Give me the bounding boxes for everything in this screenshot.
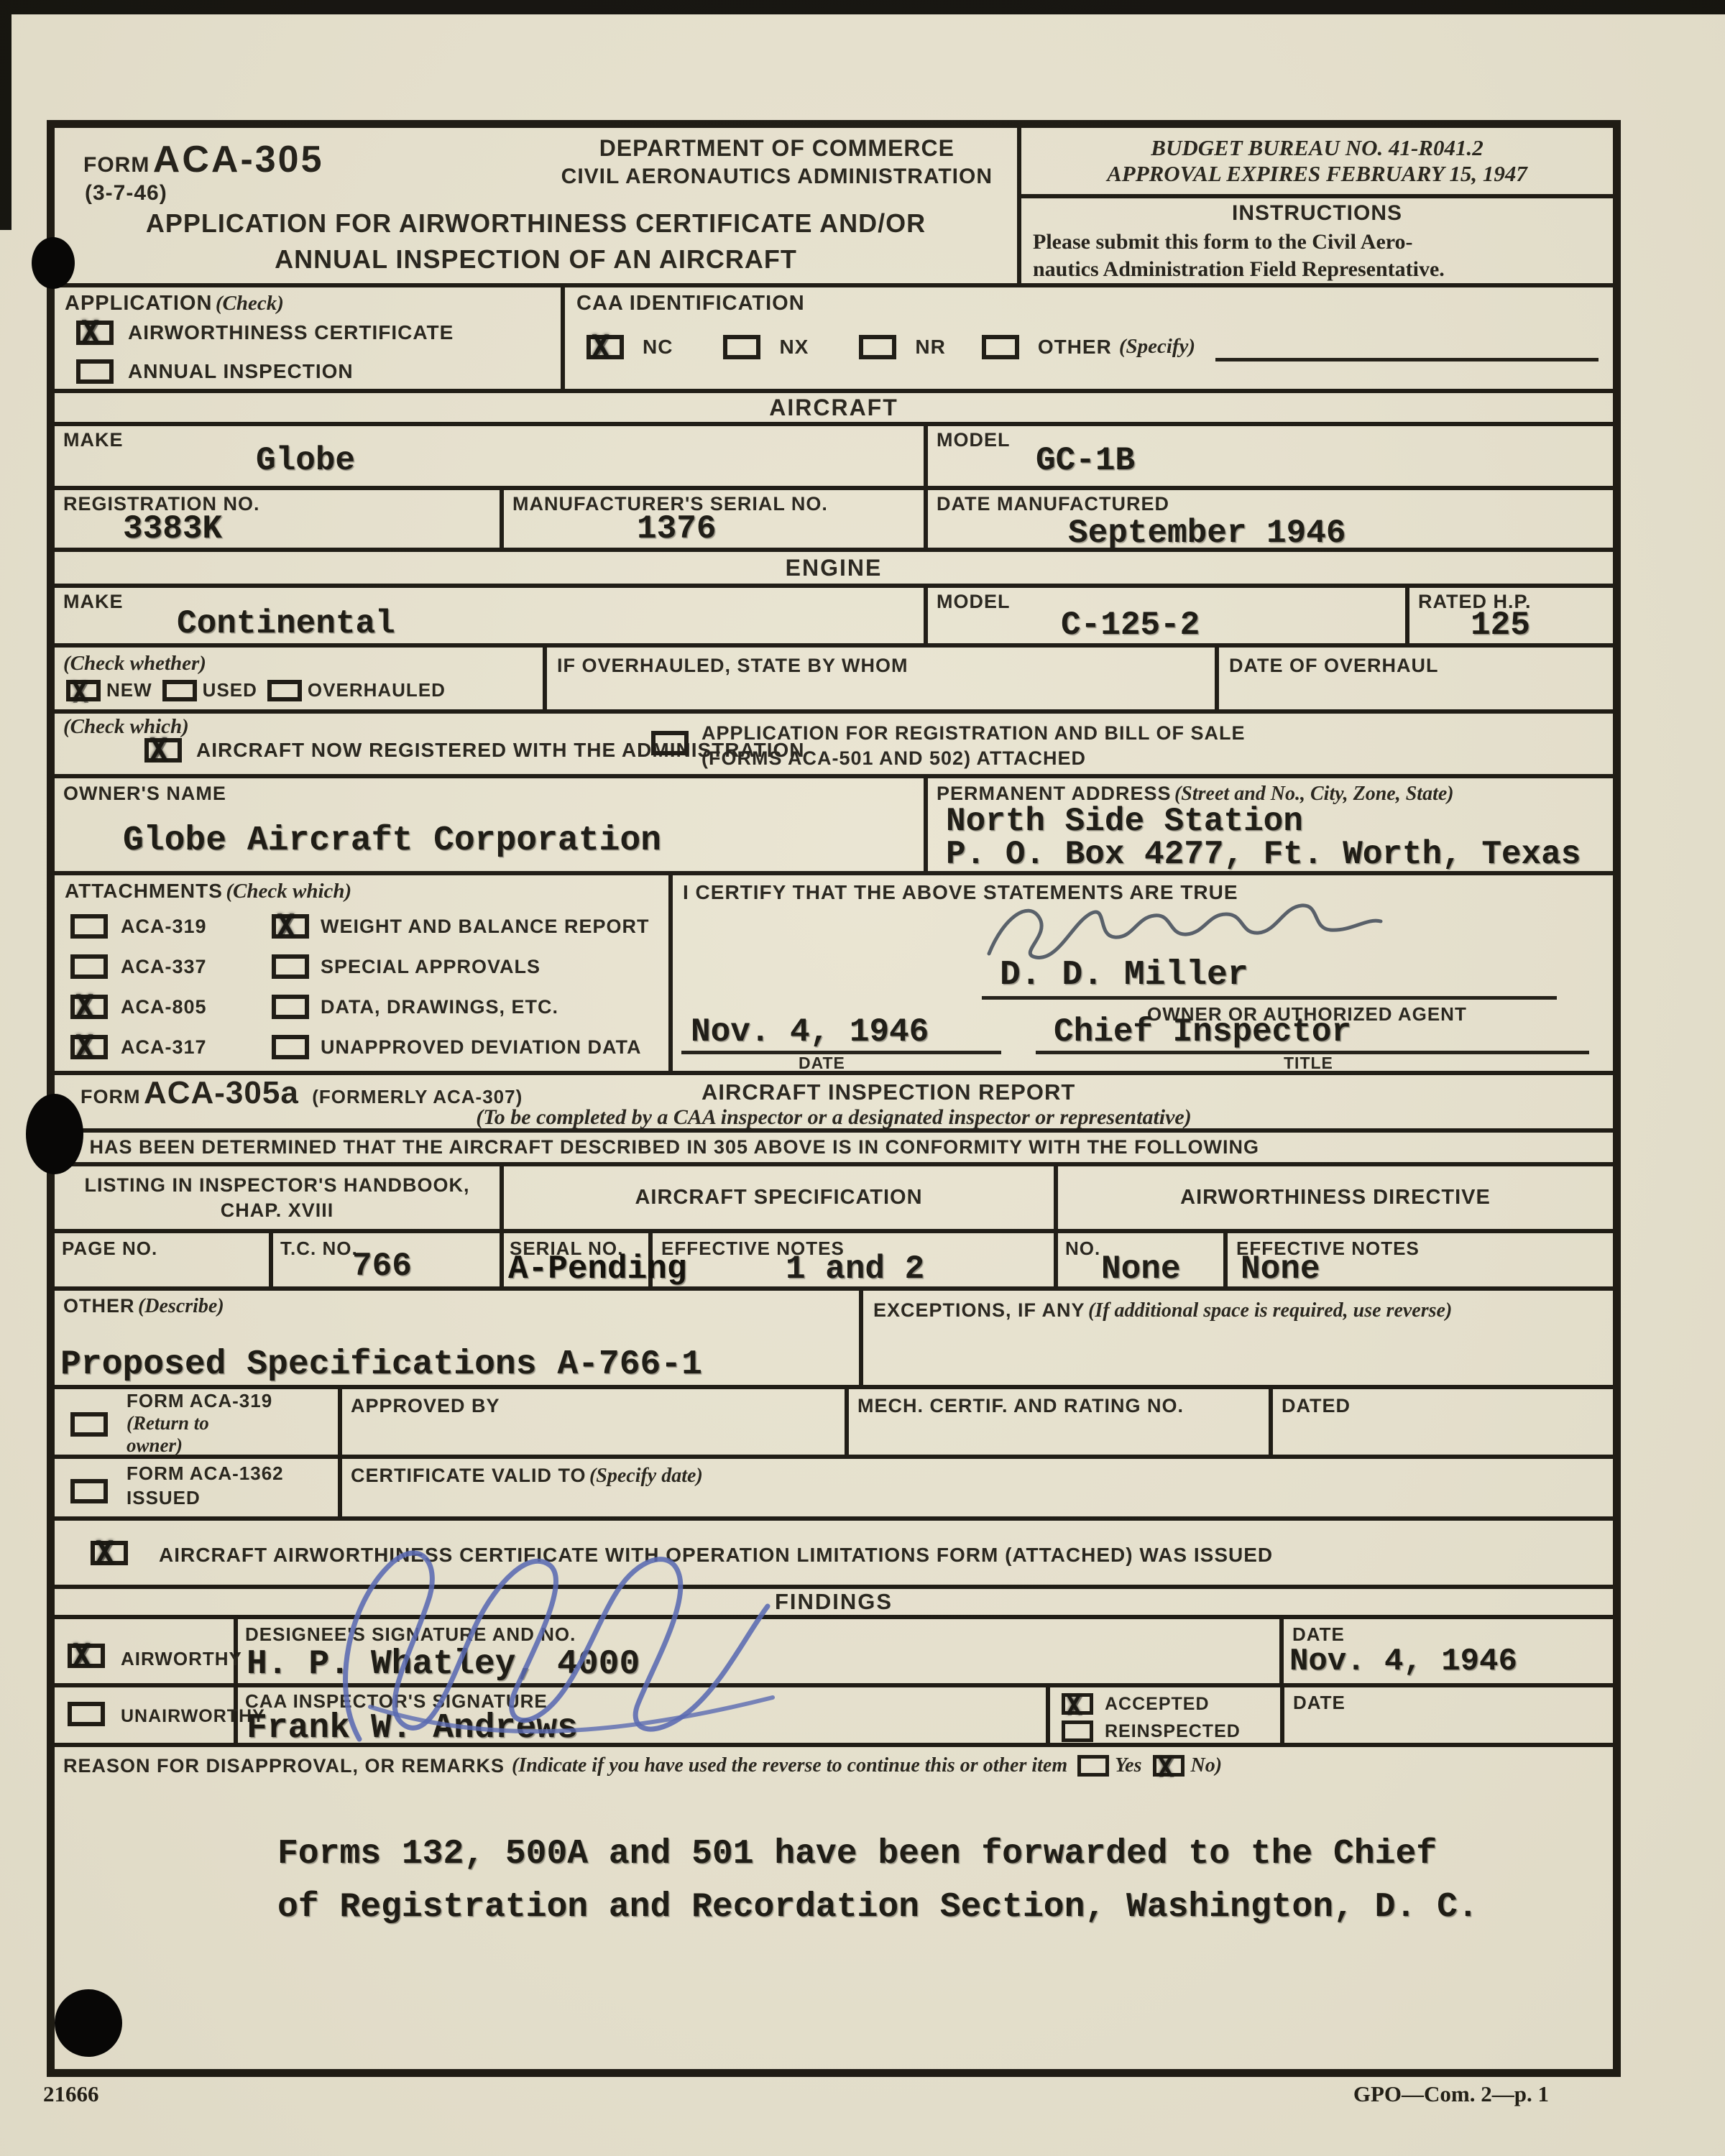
aca319-row: X FORM ACA-319 (Return to owner) APPROVE… <box>55 1389 1613 1459</box>
aca-317-checkbox: X <box>70 1035 108 1059</box>
serial-no-value: A-Pending <box>508 1250 686 1288</box>
certification-title-label: TITLE <box>1284 1054 1333 1073</box>
check-mark: X <box>73 1640 91 1670</box>
engine-overhauled-checkbox: X <box>267 680 302 701</box>
aircraft-specification-header-cell: AIRCRAFT SPECIFICATION <box>504 1166 1058 1229</box>
page-no-cell: PAGE NO. <box>55 1233 273 1286</box>
airworthy-label: AIRWORTHY <box>121 1648 242 1670</box>
caa-inspector-signature-value: Frank W. Andrews <box>247 1709 578 1748</box>
effective-notes-cell: EFFECTIVE NOTES 1 and 2 <box>653 1233 1058 1286</box>
other-describe-value: Proposed Specifications A-766-1 <box>60 1345 702 1384</box>
other-specify-blank <box>1215 332 1598 361</box>
overhaul-date-cell: DATE OF OVERHAUL <box>1219 648 1613 709</box>
application-label: APPLICATION <box>65 292 212 315</box>
attachments-cell: ATTACHMENTS (Check which) X ACA-319 X WE… <box>55 875 673 1071</box>
check-mark: X <box>277 911 295 941</box>
overhauled-by-cell: IF OVERHAULED, STATE BY WHOM <box>547 648 1219 709</box>
aircraft-band-label: AIRCRAFT <box>769 395 898 421</box>
remarks-label-paren: (Indicate if you have used the reverse t… <box>512 1754 1067 1777</box>
manufacturer-serial-cell: MANUFACTURER'S SERIAL NO. 1376 <box>504 490 928 548</box>
instructions-line1: Please submit this form to the Civil Aer… <box>1033 229 1601 256</box>
form-revision: (3-7-46) <box>85 181 167 206</box>
reinspected-label: REINSPECTED <box>1105 1721 1241 1742</box>
mech-certif-cell: MECH. CERTIF. AND RATING NO. <box>849 1389 1273 1455</box>
tc-no-cell: T.C. NO. 766 <box>273 1233 504 1286</box>
instructions-line2: nautics Administration Field Representat… <box>1033 256 1601 283</box>
registration-no-value: 3383K <box>123 510 222 548</box>
certify-statement: I CERTIFY THAT THE ABOVE STATEMENTS ARE … <box>683 881 1238 904</box>
accepted-reinspected-cell: X ACCEPTED X REINSPECTED <box>1050 1687 1284 1743</box>
other-checkbox: X <box>982 335 1019 359</box>
rated-hp-cell: RATED H.P. 125 <box>1409 588 1613 643</box>
inspection-report-header-cell: FORM ACA-305a (FORMERLY ACA-307) AIRCRAF… <box>55 1075 1613 1128</box>
check-which-label: (Check which) <box>63 715 189 739</box>
overhauled-by-label: IF OVERHAULED, STATE BY WHOM <box>557 655 908 677</box>
data-drawings-checkbox: X <box>272 995 309 1019</box>
aircraft-make-label: MAKE <box>63 429 124 451</box>
check-mark: X <box>1066 1691 1082 1721</box>
other-exceptions-row: OTHER (Describe) Proposed Specifications… <box>55 1291 1613 1389</box>
budget-bureau-box: BUDGET BUREAU NO. 41-R041.2 APPROVAL EXP… <box>1021 128 1613 198</box>
weight-balance-checkbox: X <box>272 914 309 939</box>
nr-checkbox: X <box>859 335 896 359</box>
attachments-label-paren: (Check which) <box>226 880 351 903</box>
certificate-valid-cell: CERTIFICATE VALID TO (Specify date) <box>342 1459 1613 1516</box>
findings-unairworthy-row: X UNAIRWORTHY CAA INSPECTOR'S SIGNATURE … <box>55 1687 1613 1747</box>
designee-signature-cell: DESIGNEE'S SIGNATURE AND NO. H. P. Whatl… <box>238 1619 1284 1683</box>
aca1362-issued-label: ISSUED <box>126 1486 284 1511</box>
aircraft-model-label: MODEL <box>937 429 1011 451</box>
effective-notes-value: 1 and 2 <box>786 1250 924 1288</box>
special-approvals-checkbox: X <box>272 954 309 979</box>
punch-hole-top <box>32 237 75 289</box>
aca1362-issued-checkbox: X <box>70 1479 108 1503</box>
approved-by-cell: APPROVED BY <box>342 1389 849 1455</box>
engine-model-label: MODEL <box>937 591 1011 613</box>
directive-no-value: None <box>1101 1250 1180 1288</box>
nx-label: NX <box>779 336 809 359</box>
punch-hole-middle <box>26 1094 83 1174</box>
check-mark: X <box>75 991 93 1021</box>
budget-bureau-line2: APPROVAL EXPIRES FEBRUARY 15, 1947 <box>1027 161 1607 187</box>
designee-signature-label: DESIGNEE'S SIGNATURE AND NO. <box>245 1623 576 1646</box>
directive-no-label: NO. <box>1065 1238 1100 1260</box>
engine-band: ENGINE <box>55 552 1613 588</box>
special-approvals-label: SPECIAL APPROVALS <box>321 956 540 978</box>
aircraft-model-cell: MODEL GC-1B <box>928 426 1613 486</box>
other-describe-label-paren: (Describe) <box>138 1295 224 1317</box>
aca319-form-label: FORM ACA-319 <box>126 1391 272 1412</box>
application-attached-line1: APPLICATION FOR REGISTRATION AND BILL OF… <box>701 721 1246 746</box>
check-mark: X <box>592 331 609 361</box>
owner-address-label-paren: (Street and No., City, Zone, State) <box>1174 783 1454 805</box>
aca-805-label: ACA-805 <box>121 996 272 1018</box>
application-attached-checkbox: X <box>651 731 689 755</box>
owner-address-label: PERMANENT ADDRESS <box>937 783 1172 804</box>
attachments-certification-row: ATTACHMENTS (Check which) X ACA-319 X WE… <box>55 875 1613 1075</box>
header-row: FORM ACA-305 (3-7-46) DEPARTMENT OF COMM… <box>55 128 1613 287</box>
engine-band-label: ENGINE <box>786 555 883 581</box>
unapproved-deviation-checkbox: X <box>272 1035 309 1059</box>
caa-inspector-signature-cell: CAA INSPECTOR'S SIGNATURE Frank W. Andre… <box>238 1687 1050 1743</box>
listing-header-line2: CHAP. XVIII <box>55 1199 500 1222</box>
aca-317-label: ACA-317 <box>121 1036 272 1059</box>
remarks-row: REASON FOR DISAPPROVAL, OR REMARKS (Indi… <box>55 1747 1613 2069</box>
application-cell: APPLICATION (Check) X AIRWORTHINESS CERT… <box>55 287 565 389</box>
form-number: ACA-305 <box>153 139 324 180</box>
certificate-issued-checkbox: X <box>91 1541 128 1565</box>
check-whether-label: (Check whether) <box>63 652 206 676</box>
airworthy-checkbox: X <box>68 1644 105 1668</box>
mech-certif-label: MECH. CERTIF. AND RATING NO. <box>857 1395 1184 1417</box>
owner-name-value: Globe Aircraft Corporation <box>123 821 661 860</box>
conformity-headers-row: LISTING IN INSPECTOR'S HANDBOOK, CHAP. X… <box>55 1166 1613 1233</box>
annual-inspection-label: ANNUAL INSPECTION <box>128 360 354 383</box>
aca-319-checkbox: X <box>70 914 108 939</box>
certificate-issued-row: X AIRCRAFT AIRWORTHINESS CERTIFICATE WIT… <box>55 1521 1613 1589</box>
certificate-issued-cell: X AIRCRAFT AIRWORTHINESS CERTIFICATE WIT… <box>55 1521 1613 1585</box>
nx-checkbox: X <box>723 335 760 359</box>
application-attached-line2: (FORMS ACA-501 AND 502) ATTACHED <box>701 746 1246 771</box>
directive-no-cell: NO. None <box>1058 1233 1228 1286</box>
nc-checkbox: X <box>586 335 624 359</box>
exceptions-label-paren: (If additional space is required, use re… <box>1088 1299 1452 1322</box>
owner-address-line1: North Side Station <box>946 803 1303 840</box>
aircraft-make-value: Globe <box>256 442 355 479</box>
registered-checkbox: X <box>144 738 182 763</box>
determination-row: IT HAS BEEN DETERMINED THAT THE AIRCRAFT… <box>55 1133 1613 1166</box>
check-mark: X <box>71 677 88 707</box>
form-title-line2: ANNUAL INSPECTION OF AN AIRCRAFT <box>55 244 1017 275</box>
remarks-yes-checkbox: X <box>1077 1755 1109 1777</box>
owner-address-cell: PERMANENT ADDRESS (Street and No., City,… <box>928 778 1613 871</box>
aca1362-row: X FORM ACA-1362 ISSUED CERTIFICATE VALID… <box>55 1459 1613 1521</box>
budget-bureau-line1: BUDGET BUREAU NO. 41-R041.2 <box>1027 135 1607 161</box>
findings-airworthy-row: X AIRWORTHY DESIGNEE'S SIGNATURE AND NO.… <box>55 1619 1613 1687</box>
listing-header-line1: LISTING IN INSPECTOR'S HANDBOOK, <box>55 1174 500 1197</box>
remarks-yes-label: Yes <box>1115 1754 1141 1777</box>
engine-used-label: USED <box>203 679 257 701</box>
dated-cell: DATED <box>1273 1389 1613 1455</box>
remarks-label-close: ) <box>1215 1754 1222 1777</box>
remarks-no-checkbox: X <box>1153 1755 1184 1777</box>
weight-balance-label: WEIGHT AND BALANCE REPORT <box>321 916 650 938</box>
form-title-line1: APPLICATION FOR AIRWORTHINESS CERTIFICAT… <box>55 208 1017 239</box>
serial-no-cell: SERIAL NO. A-Pending <box>504 1233 653 1286</box>
engine-make-label: MAKE <box>63 591 124 613</box>
accepted-date-cell: DATE <box>1284 1687 1613 1743</box>
page-no-label: PAGE NO. <box>62 1238 157 1260</box>
title-line <box>1036 1016 1589 1054</box>
manufacturer-serial-value: 1376 <box>637 510 716 548</box>
inspection-report-title: AIRCRAFT INSPECTION REPORT <box>701 1079 1075 1105</box>
attachments-label: ATTACHMENTS <box>65 880 223 902</box>
engine-model-cell: MODEL C-125-2 <box>928 588 1409 643</box>
nr-label: NR <box>915 336 945 359</box>
engine-overhauled-label: OVERHAULED <box>308 679 446 701</box>
tc-no-label: T.C. NO. <box>280 1238 358 1260</box>
engine-make-row: MAKE Continental MODEL C-125-2 RATED H.P… <box>55 588 1613 648</box>
registration-status-cell: (Check which) X AIRCRAFT NOW REGISTERED … <box>55 714 1613 774</box>
date-manufactured-cell: DATE MANUFACTURED September 1946 <box>928 490 1613 548</box>
remarks-body-line1: Forms 132, 500A and 501 have been forwar… <box>277 1828 1478 1881</box>
reinspected-checkbox: X <box>1062 1720 1093 1742</box>
caa-identification-cell: CAA IDENTIFICATION X NC X NX X NR X OTHE… <box>565 287 1613 389</box>
form-word: FORM <box>83 153 149 177</box>
engine-new-checkbox: X <box>66 680 101 701</box>
date-manufactured-value: September 1946 <box>1068 515 1345 552</box>
determination-cell: IT HAS BEEN DETERMINED THAT THE AIRCRAFT… <box>55 1133 1613 1162</box>
application-row: APPLICATION (Check) X AIRWORTHINESS CERT… <box>55 287 1613 393</box>
date-line <box>681 1016 1001 1054</box>
other-label-paren: (Specify) <box>1119 335 1195 359</box>
header-left-cell: FORM ACA-305 (3-7-46) DEPARTMENT OF COMM… <box>55 128 1021 283</box>
certificate-valid-label-paren: (Specify date) <box>589 1465 703 1487</box>
inspection-report-subtitle: (To be completed by a CAA inspector or a… <box>55 1105 1613 1130</box>
certification-cell: I CERTIFY THAT THE ABOVE STATEMENTS ARE … <box>673 875 1613 1071</box>
owner-name-cell: OWNER'S NAME Globe Aircraft Corporation <box>55 778 928 871</box>
inspection-report-header-row: FORM ACA-305a (FORMERLY ACA-307) AIRCRAF… <box>55 1075 1613 1133</box>
aircraft-make-cell: MAKE Globe <box>55 426 928 486</box>
directive-notes-value: None <box>1241 1250 1320 1288</box>
directive-notes-cell: EFFECTIVE NOTES None <box>1228 1233 1613 1286</box>
engine-new-label: NEW <box>106 679 152 701</box>
instructions-title: INSTRUCTIONS <box>1033 201 1601 226</box>
owner-name-label: OWNER'S NAME <box>63 783 226 805</box>
form-border: FORM ACA-305 (3-7-46) DEPARTMENT OF COMM… <box>47 120 1621 2077</box>
aca-319-label: ACA-319 <box>121 916 272 938</box>
footer-serial: 21666 <box>43 2081 99 2107</box>
aca319-checkbox-cell: X FORM ACA-319 (Return to owner) <box>55 1389 342 1455</box>
overhaul-date-label: DATE OF OVERHAUL <box>1229 655 1439 677</box>
form-305a-word: FORM <box>80 1086 140 1107</box>
engine-model-value: C-125-2 <box>1061 607 1200 644</box>
dept-line2: CIVIL AERONAUTICS ADMINISTRATION <box>561 165 993 189</box>
other-label: OTHER <box>1038 336 1112 359</box>
aca1362-checkbox-cell: X FORM ACA-1362 ISSUED <box>55 1459 342 1516</box>
remarks-label: REASON FOR DISAPPROVAL, OR REMARKS <box>63 1755 505 1777</box>
registration-no-cell: REGISTRATION NO. 3383K <box>55 490 504 548</box>
aca319-return-checkbox: X <box>70 1412 108 1437</box>
engine-condition-row: (Check whether) X NEW X USED X OVERHAULE… <box>55 648 1613 714</box>
accepted-date-label: DATE <box>1293 1692 1345 1714</box>
punch-hole-bottom <box>55 1989 122 2057</box>
check-mark: X <box>75 1031 93 1061</box>
unairworthy-checkbox: X <box>68 1702 105 1726</box>
airworthiness-directive-header-cell: AIRWORTHINESS DIRECTIVE <box>1058 1166 1613 1229</box>
date-manufactured-label: DATE MANUFACTURED <box>937 493 1169 515</box>
accepted-label: ACCEPTED <box>1105 1694 1210 1715</box>
owner-row: OWNER'S NAME Globe Aircraft Corporation … <box>55 778 1613 875</box>
engine-used-checkbox: X <box>162 680 197 701</box>
findings-date-label: DATE <box>1292 1623 1345 1646</box>
application-label-paren: (Check) <box>216 292 284 315</box>
engine-make-cell: MAKE Continental <box>55 588 928 643</box>
form-305a-formerly: (FORMERLY ACA-307) <box>312 1086 523 1107</box>
airworthiness-certificate-label: AIRWORTHINESS CERTIFICATE <box>128 321 454 344</box>
designee-signature-value: H. P. Whatley, 4000 <box>247 1645 640 1684</box>
aircraft-registration-row: REGISTRATION NO. 3383K MANUFACTURER'S SE… <box>55 490 1613 552</box>
check-mark: X <box>149 734 167 765</box>
aca1362-form-label: FORM ACA-1362 <box>126 1462 284 1486</box>
aircraft-make-model-row: MAKE Globe MODEL GC-1B <box>55 426 1613 490</box>
other-describe-label: OTHER <box>63 1295 135 1317</box>
annual-inspection-checkbox: X <box>76 359 114 384</box>
instructions-box: INSTRUCTIONS Please submit this form to … <box>1021 198 1613 285</box>
aca319-return-label2: owner) <box>126 1434 272 1457</box>
accepted-checkbox: X <box>1062 1693 1093 1715</box>
aircraft-model-value: GC-1B <box>1036 442 1135 479</box>
signature-line <box>982 960 1557 1000</box>
dept-line1: DEPARTMENT OF COMMERCE <box>561 135 993 162</box>
certification-date-label: DATE <box>799 1054 845 1073</box>
aca-805-checkbox: X <box>70 995 108 1019</box>
unapproved-deviation-label: UNAPPROVED DEVIATION DATA <box>321 1036 642 1059</box>
certificate-issued-label: AIRCRAFT AIRWORTHINESS CERTIFICATE WITH … <box>159 1544 1273 1567</box>
findings-date-cell: DATE Nov. 4, 1946 <box>1284 1619 1613 1683</box>
scan-top-edge <box>0 0 1725 14</box>
check-mark: X <box>81 317 99 347</box>
aircraft-band: AIRCRAFT <box>55 393 1613 426</box>
approved-by-label: APPROVED BY <box>351 1395 500 1417</box>
remarks-cell: REASON FOR DISAPPROVAL, OR REMARKS (Indi… <box>55 1747 1613 2069</box>
scan-left-edge <box>0 0 11 230</box>
check-mark: X <box>96 1537 114 1567</box>
nc-label: NC <box>643 336 673 359</box>
certificate-valid-label: CERTIFICATE VALID TO <box>351 1465 586 1486</box>
aca319-return-label1: (Return to <box>126 1412 272 1434</box>
owner-address-line2: P. O. Box 4277, Ft. Worth, Texas <box>946 836 1581 873</box>
exceptions-label: EXCEPTIONS, IF ANY <box>873 1299 1085 1321</box>
unairworthy-cell: X UNAIRWORTHY <box>55 1687 238 1743</box>
caa-identification-label: CAA IDENTIFICATION <box>576 292 805 315</box>
rated-hp-value: 125 <box>1471 607 1530 644</box>
check-mark: X <box>1157 1753 1173 1783</box>
engine-condition-cell: (Check whether) X NEW X USED X OVERHAULE… <box>55 648 547 709</box>
airworthiness-directive-header: AIRWORTHINESS DIRECTIVE <box>1180 1186 1491 1210</box>
remarks-body-line2: of Registration and Recordation Section,… <box>277 1881 1478 1934</box>
airworthy-cell: X AIRWORTHY <box>55 1619 238 1683</box>
conformity-values-row: PAGE NO. T.C. NO. 766 SERIAL NO. A-Pendi… <box>55 1233 1613 1291</box>
findings-date-value: Nov. 4, 1946 <box>1289 1644 1517 1680</box>
scanned-form-aca-305: FORM ACA-305 (3-7-46) DEPARTMENT OF COMM… <box>0 0 1725 2156</box>
findings-band-label: FINDINGS <box>775 1589 893 1615</box>
header-right-cell: BUDGET BUREAU NO. 41-R041.2 APPROVAL EXP… <box>1021 128 1613 283</box>
remarks-no-label: No <box>1190 1754 1215 1777</box>
other-describe-cell: OTHER (Describe) Proposed Specifications… <box>55 1291 863 1385</box>
determination-text: IT HAS BEEN DETERMINED THAT THE AIRCRAFT… <box>65 1136 1259 1158</box>
aircraft-specification-header: AIRCRAFT SPECIFICATION <box>635 1186 922 1210</box>
registration-status-row: (Check which) X AIRCRAFT NOW REGISTERED … <box>55 714 1613 778</box>
airworthiness-certificate-checkbox: X <box>76 321 114 345</box>
engine-make-value: Continental <box>177 605 395 642</box>
aca-337-label: ACA-337 <box>121 956 272 978</box>
dated-label: DATED <box>1282 1395 1351 1417</box>
listing-header-cell: LISTING IN INSPECTOR'S HANDBOOK, CHAP. X… <box>55 1166 504 1229</box>
tc-no-value: 766 <box>352 1248 412 1285</box>
exceptions-cell: EXCEPTIONS, IF ANY (If additional space … <box>863 1291 1613 1385</box>
aca-337-checkbox: X <box>70 954 108 979</box>
findings-band: FINDINGS <box>55 1589 1613 1619</box>
footer-gpo: GPO—Com. 2—p. 1 <box>1353 2081 1549 2107</box>
data-drawings-label: DATA, DRAWINGS, ETC. <box>321 996 558 1018</box>
